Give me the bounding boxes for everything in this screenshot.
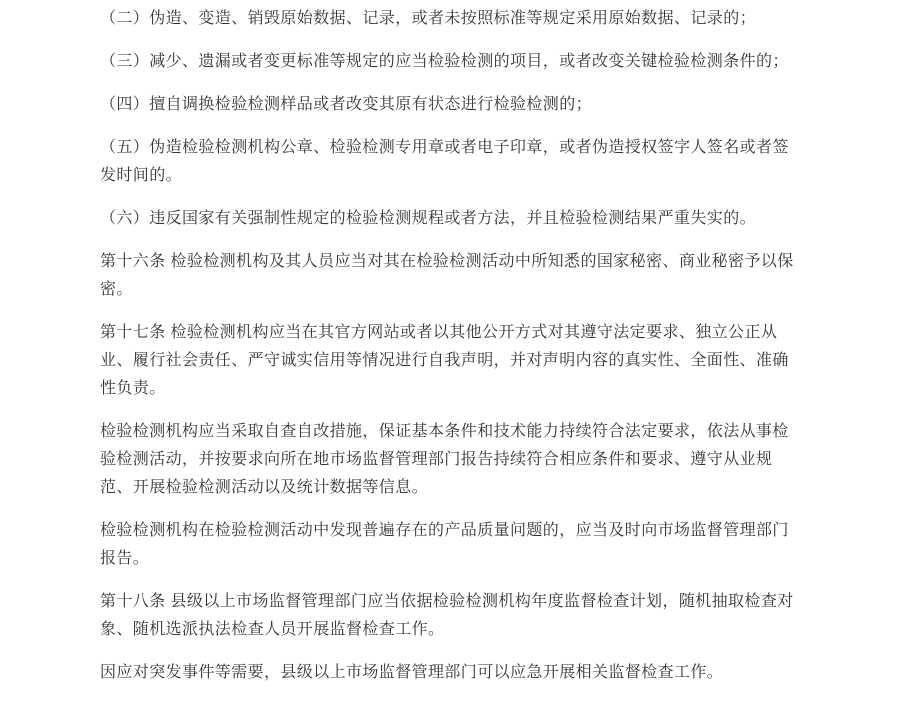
paragraph: （二）伪造、变造、销毁原始数据、记录，或者未按照标准等规定采用原始数据、记录的； (100, 5, 804, 33)
paragraph: （四）擅自调换检验检测样品或者改变其原有状态进行检验检测的； (100, 91, 804, 119)
paragraph: （三）减少、遗漏或者变更标准等规定的应当检验检测的项目，或者改变关键检验检测条件… (100, 48, 804, 76)
paragraph: 检验检测机构应当采取自查自改措施，保证基本条件和技术能力持续符合法定要求，依法从… (100, 418, 804, 502)
paragraph: 检验检测机构在检验检测活动中发现普遍存在的产品质量问题的，应当及时向市场监督管理… (100, 517, 804, 573)
page: { "document": { "type": "regulation-text… (0, 0, 904, 717)
paragraph: 第十六条 检验检测机构及其人员应当对其在检验检测活动中所知悉的国家秘密、商业秘密… (100, 248, 804, 304)
paragraph: 第十八条 县级以上市场监督管理部门应当依据检验检测机构年度监督检查计划，随机抽取… (100, 588, 804, 644)
paragraph: 因应对突发事件等需要，县级以上市场监督管理部门可以应急开展相关监督检查工作。 (100, 659, 804, 687)
document-body: （二）伪造、变造、销毁原始数据、记录，或者未按照标准等规定采用原始数据、记录的；… (100, 5, 804, 687)
paragraph: 第十七条 检验检测机构应当在其官方网站或者以其他公开方式对其遵守法定要求、独立公… (100, 319, 804, 403)
paragraph: （六）违反国家有关强制性规定的检验检测规程或者方法，并且检验检测结果严重失实的。 (100, 205, 804, 233)
document: （二）伪造、变造、销毁原始数据、记录，或者未按照标准等规定采用原始数据、记录的；… (100, 0, 804, 687)
paragraph: （五）伪造检验检测机构公章、检验检测专用章或者电子印章，或者伪造授权签字人签名或… (100, 134, 804, 190)
